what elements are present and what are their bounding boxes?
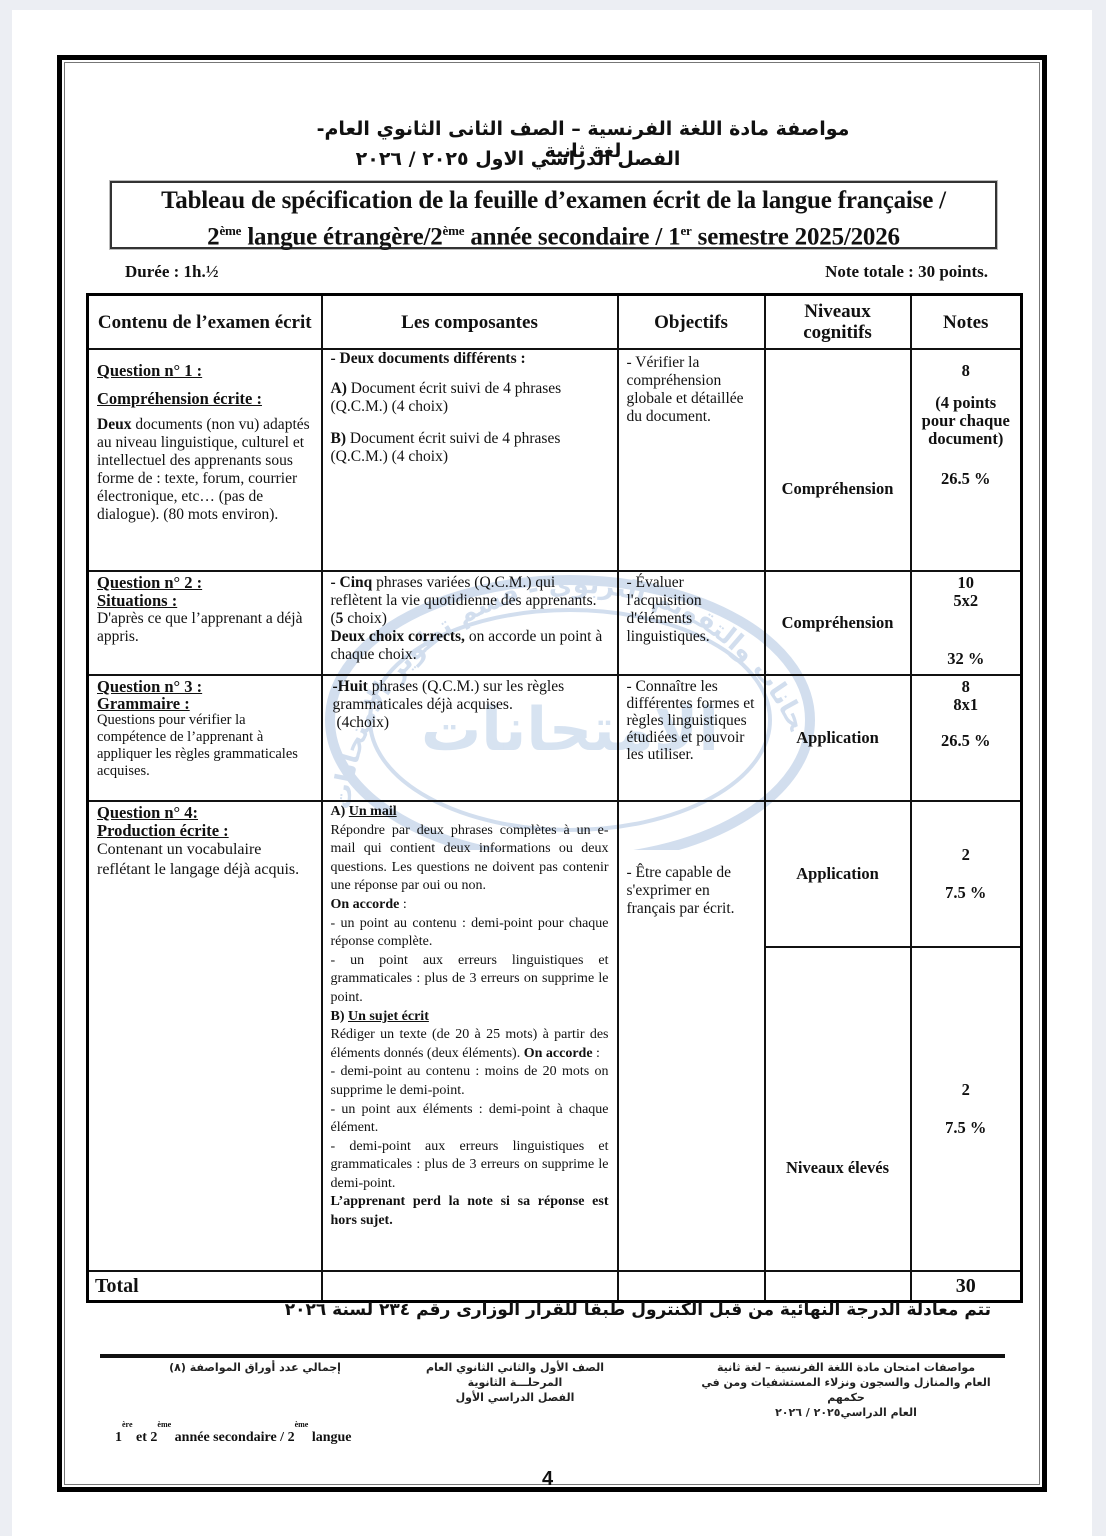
french-title-box: Tableau de spécification de la feuille d… xyxy=(110,181,997,249)
footer-middle-block: الصف الأول والثاني الثانوي العام المرحلـ… xyxy=(410,1360,620,1405)
cognitive-level-cell: Application xyxy=(765,801,911,947)
components-cell: - Deux documents différents : A) Documen… xyxy=(322,349,618,571)
total-note: Note totale : 30 points. xyxy=(825,262,988,282)
content-cell: Question n° 3 : Grammaire : Questions po… xyxy=(88,675,322,801)
total-label: Total xyxy=(88,1271,322,1302)
objective-cell: - Connaître les différentes formes et rè… xyxy=(618,675,765,801)
notes-cell: 2 7.5 % xyxy=(911,801,1022,947)
footer-french-line: 1ère et 2ème année secondaire / 2ème lan… xyxy=(115,1420,352,1446)
table-row: Question n° 4: Production écrite : Conte… xyxy=(88,801,1022,947)
components-cell: A) Un mail Répondre par deux phrases com… xyxy=(322,801,618,1271)
components-cell: -Huit phrases (Q.C.M.) sur les règles gr… xyxy=(322,675,618,801)
notes-cell: 2 7.5 % xyxy=(911,947,1022,1271)
french-title-line-2: 2ème langue étrangère/2ème année seconda… xyxy=(112,216,995,252)
table-row: Question n° 1 : Compréhension écrite : D… xyxy=(88,349,1022,571)
footer-left-block: إجمالي عدد أوراق المواصفة (٨) xyxy=(140,1360,370,1375)
header-content: Contenu de l’examen écrit xyxy=(88,295,322,350)
table-row: Question n° 2 : Situations : D'après ce … xyxy=(88,571,1022,675)
page-number: 4 xyxy=(542,1468,553,1491)
content-cell: Question n° 4: Production écrite : Conte… xyxy=(88,801,322,1271)
arabic-title-line-2: الفصل الدراسي الاول ٢٠٢٥ / ٢٠٢٦ xyxy=(300,148,736,170)
table-row: Question n° 3 : Grammaire : Questions po… xyxy=(88,675,1022,801)
footer-divider xyxy=(100,1354,1005,1358)
content-cell: Question n° 1 : Compréhension écrite : D… xyxy=(88,349,322,571)
total-row: Total 30 xyxy=(88,1271,1022,1302)
header-notes: Notes xyxy=(911,295,1022,350)
table-header-row: Contenu de l’examen écrit Les composante… xyxy=(88,295,1022,350)
cognitive-level-cell: Compréhension xyxy=(765,571,911,675)
cognitive-level-cell: Application xyxy=(765,675,911,801)
objective-cell: - Être capable de s'exprimer en français… xyxy=(618,801,765,1271)
header-components: Les composantes xyxy=(322,295,618,350)
notes-cell: 8 8x1 26.5 % xyxy=(911,675,1022,801)
footer-right-block: مواصفات امتحان مادة اللغة الفرنسية – لغة… xyxy=(686,1360,1006,1420)
total-value: 30 xyxy=(911,1271,1022,1302)
specification-table: Contenu de l’examen écrit Les composante… xyxy=(86,293,1023,1303)
exam-duration: Durée : 1h.½ xyxy=(125,262,218,282)
content-cell: Question n° 2 : Situations : D'après ce … xyxy=(88,571,322,675)
notes-cell: 8 (4 points pour chaque document) 26.5 % xyxy=(911,349,1022,571)
objective-cell: - Vérifier la compréhension globale et d… xyxy=(618,349,765,571)
components-cell: - Cinq phrases variées (Q.C.M.) qui refl… xyxy=(322,571,618,675)
arabic-grading-note: تتم معادلة الدرجة النهائية من قبل الكنتر… xyxy=(285,1300,991,1320)
notes-cell: 10 5x2 32 % xyxy=(911,571,1022,675)
header-objectives: Objectifs xyxy=(618,295,765,350)
header-cognitive-levels: Niveaux cognitifs xyxy=(765,295,911,350)
objective-cell: - Évaluer l'acquisition d'éléments lingu… xyxy=(618,571,765,675)
french-title-line-1: Tableau de spécification de la feuille d… xyxy=(112,186,995,216)
cognitive-level-cell: Niveaux élevés xyxy=(765,947,911,1271)
cognitive-level-cell: Compréhension xyxy=(765,349,911,571)
